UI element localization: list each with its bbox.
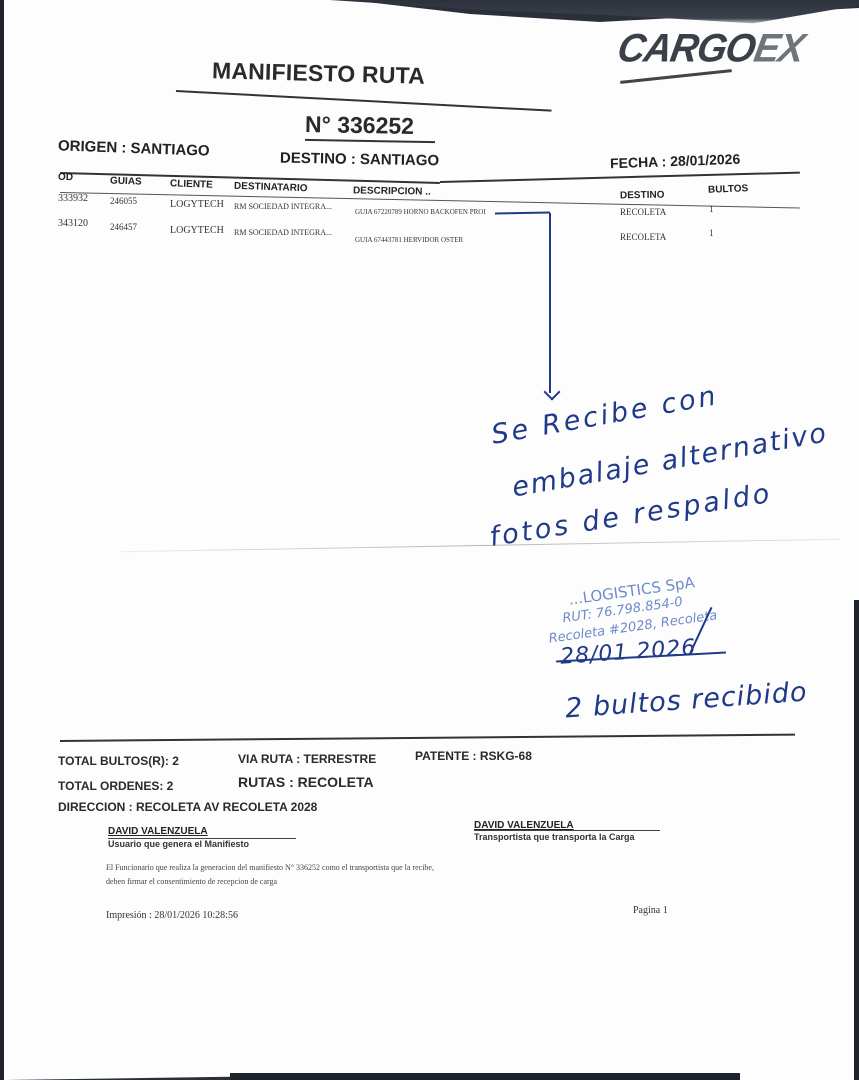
cell-od: 333932 [58,193,88,204]
print-timestamp: Impresión : 28/01/2026 10:28:56 [106,910,238,921]
signature-left-role: Usuario que genera el Manifiesto [108,839,249,849]
routes: RUTAS : RECOLETA [238,774,374,790]
cell-cliente: LOGYTECH [170,225,224,236]
background-edge [0,0,4,1080]
cell-guias: 246457 [110,222,137,232]
cell-destinatario: RM SOCIEDAD INTEGRA... [234,202,332,211]
logo-accent: EX [751,27,807,71]
column-header-descripcion: DESCRIPCION .. [353,185,431,197]
column-header-od: OD [58,172,73,184]
column-header-destino: DESTINO [620,190,665,202]
consent-note-line: El Funcionario que realiza la generacion… [106,863,434,872]
cell-descripcion: GUIA 67220789 HORNO BACKOFEN PROI [355,208,486,216]
background-shadow [230,1073,740,1080]
cell-cliente: LOGYTECH [170,199,224,210]
address: DIRECCION : RECOLETA AV RECOLETA 2028 [58,800,317,814]
destination-label: DESTINO : SANTIAGO [280,150,439,170]
cell-destinatario: RM SOCIEDAD INTEGRA... [234,228,332,237]
cell-destino: RECOLETA [620,207,666,217]
total-orders: TOTAL ORDENES: 2 [58,779,173,793]
license-plate: PATENTE : RSKG-68 [415,749,532,763]
cell-descripcion: GUIA 67443781 HERVIDOR OSTER [355,236,463,244]
manifest-number: N° 336252 [305,111,414,140]
cell-destino: RECOLETA [620,232,666,242]
cell-bultos: 1 [709,228,714,238]
cargoex-logo: CARGOEX [614,27,807,72]
total-packages: TOTAL BULTOS(R): 2 [58,754,179,768]
page-number: Pagina 1 [633,905,668,916]
signature-left-name: DAVID VALENZUELA [108,826,208,837]
consent-note-line: deben firmar el consentimiento de recepc… [106,877,277,886]
cell-guias: 246055 [110,196,137,206]
cell-od: 343120 [58,218,88,229]
document-title: MANIFIESTO RUTA [212,57,426,90]
handwritten-bracket [549,213,551,393]
route-via: VIA RUTA : TERRESTRE [238,752,376,766]
column-header-bultos: BULTOS [708,183,749,195]
column-header-guias: GUIAS [110,175,142,187]
column-header-cliente: CLIENTE [170,178,213,190]
signature-right-role: Transportista que transporta la Carga [474,832,635,842]
background-edge [854,600,859,1080]
logo-text: CARGO [614,27,758,71]
signature-line [474,830,660,831]
cell-bultos: 1 [709,204,714,214]
